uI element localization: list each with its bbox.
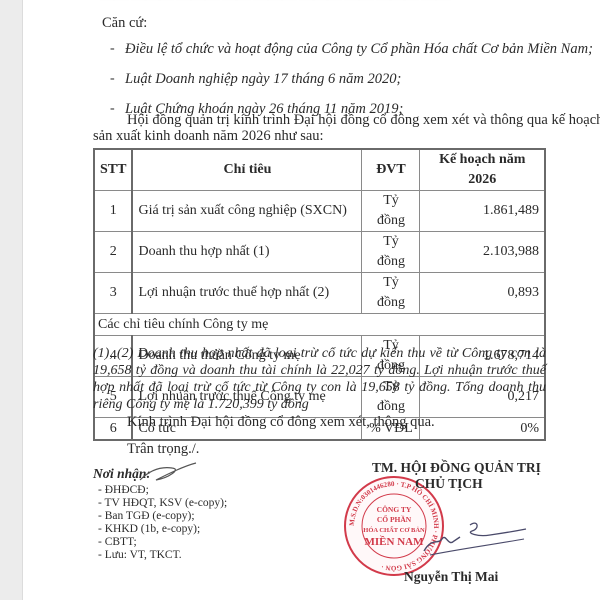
signatory-title: TM. HỘI ĐỒNG QUẢN TRỊ [372,460,541,476]
basis-item-enterprise-law: Luật Doanh nghiệp ngày 17 tháng 6 năm 20… [125,71,401,88]
row-value: 0,893 [420,273,545,314]
initial-signature-icon [138,460,198,484]
basis-heading: Căn cứ: [102,15,147,32]
row-indicator: Lợi nhuận trước thuế hợp nhất (2) [132,273,362,314]
group-label: Các chỉ tiêu chính Công ty mẹ [94,314,545,336]
recipient-item: - ĐHĐCĐ; [98,484,227,497]
header-indicator: Chỉ tiêu [132,149,362,191]
row-stt: 3 [94,273,132,314]
table-row: 1 Giá trị sản xuất công nghiệp (SXCN) Tỷ… [94,191,545,232]
row-unit: Tỷ đồng [362,191,420,232]
intro-line-2: sản xuất kinh doanh năm 2026 như sau: [93,128,324,145]
row-indicator: Giá trị sản xuất công nghiệp (SXCN) [132,191,362,232]
stamp-line: CỔ PHẦN [377,514,412,524]
closing-request: Kính trình Đại hội đồng cổ đông xem xét,… [127,414,435,431]
row-stt: 2 [94,232,132,273]
row-indicator: Doanh thu hợp nhất (1) [132,232,362,273]
row-unit: Tỷ đồng [362,232,420,273]
footnote: (1), (2) Doanh thu hợp nhất đã loại trừ … [93,345,546,413]
row-value: 1.861,489 [420,191,545,232]
row-unit: Tỷ đồng [362,273,420,314]
bullet: - [110,41,115,57]
recipients-list: - ĐHĐCĐ; - TV HĐQT, KSV (e-copy); - Ban … [98,484,227,562]
signatory-name: Nguyễn Thị Mai [404,569,498,585]
recipient-item: - TV HĐQT, KSV (e-copy); [98,497,227,510]
header-unit: ĐVT [362,149,420,191]
header-plan-2026: Kế hoạch năm 2026 [420,149,545,191]
closing-regards: Trân trọng./. [127,441,199,458]
recipient-item: - KHKD (1b, e-copy); [98,523,227,536]
table-header-row: STT Chỉ tiêu ĐVT Kế hoạch năm 2026 [94,149,545,191]
clipped-previous-line: —— ——— ——— —— ——— ——— —— ——— —— [100,0,540,3]
recipient-item: - Ban TGĐ (e-copy); [98,510,227,523]
basis-item-charter: Điều lệ tổ chức và hoạt động của Công ty… [125,41,593,58]
viewer-side-strip [0,0,23,600]
bullet: - [110,101,115,117]
table-row: 3 Lợi nhuận trước thuế hợp nhất (2) Tỷ đ… [94,273,545,314]
signatory-role: CHỦ TỊCH [415,476,483,492]
stamp-line: HÓA CHẤT CƠ BẢN [363,526,425,534]
row-stt: 1 [94,191,132,232]
stamp-line: MIỀN NAM [365,535,425,548]
table-row: 2 Doanh thu hợp nhất (1) Tỷ đồng 2.103,9… [94,232,545,273]
recipient-item: - CBTT; [98,536,227,549]
header-stt: STT [94,149,132,191]
signature-icon [420,515,530,560]
stamp-line: CÔNG TY [377,504,412,514]
table-group-row: Các chỉ tiêu chính Công ty mẹ [94,314,545,336]
row-value: 2.103,988 [420,232,545,273]
row-value: 0% [420,418,545,441]
recipient-item: - Lưu: VT, TKCT. [98,549,227,562]
bullet: - [110,71,115,87]
intro-line-1: Hội đồng quản trị kính trình Đại hội đồn… [127,112,600,129]
